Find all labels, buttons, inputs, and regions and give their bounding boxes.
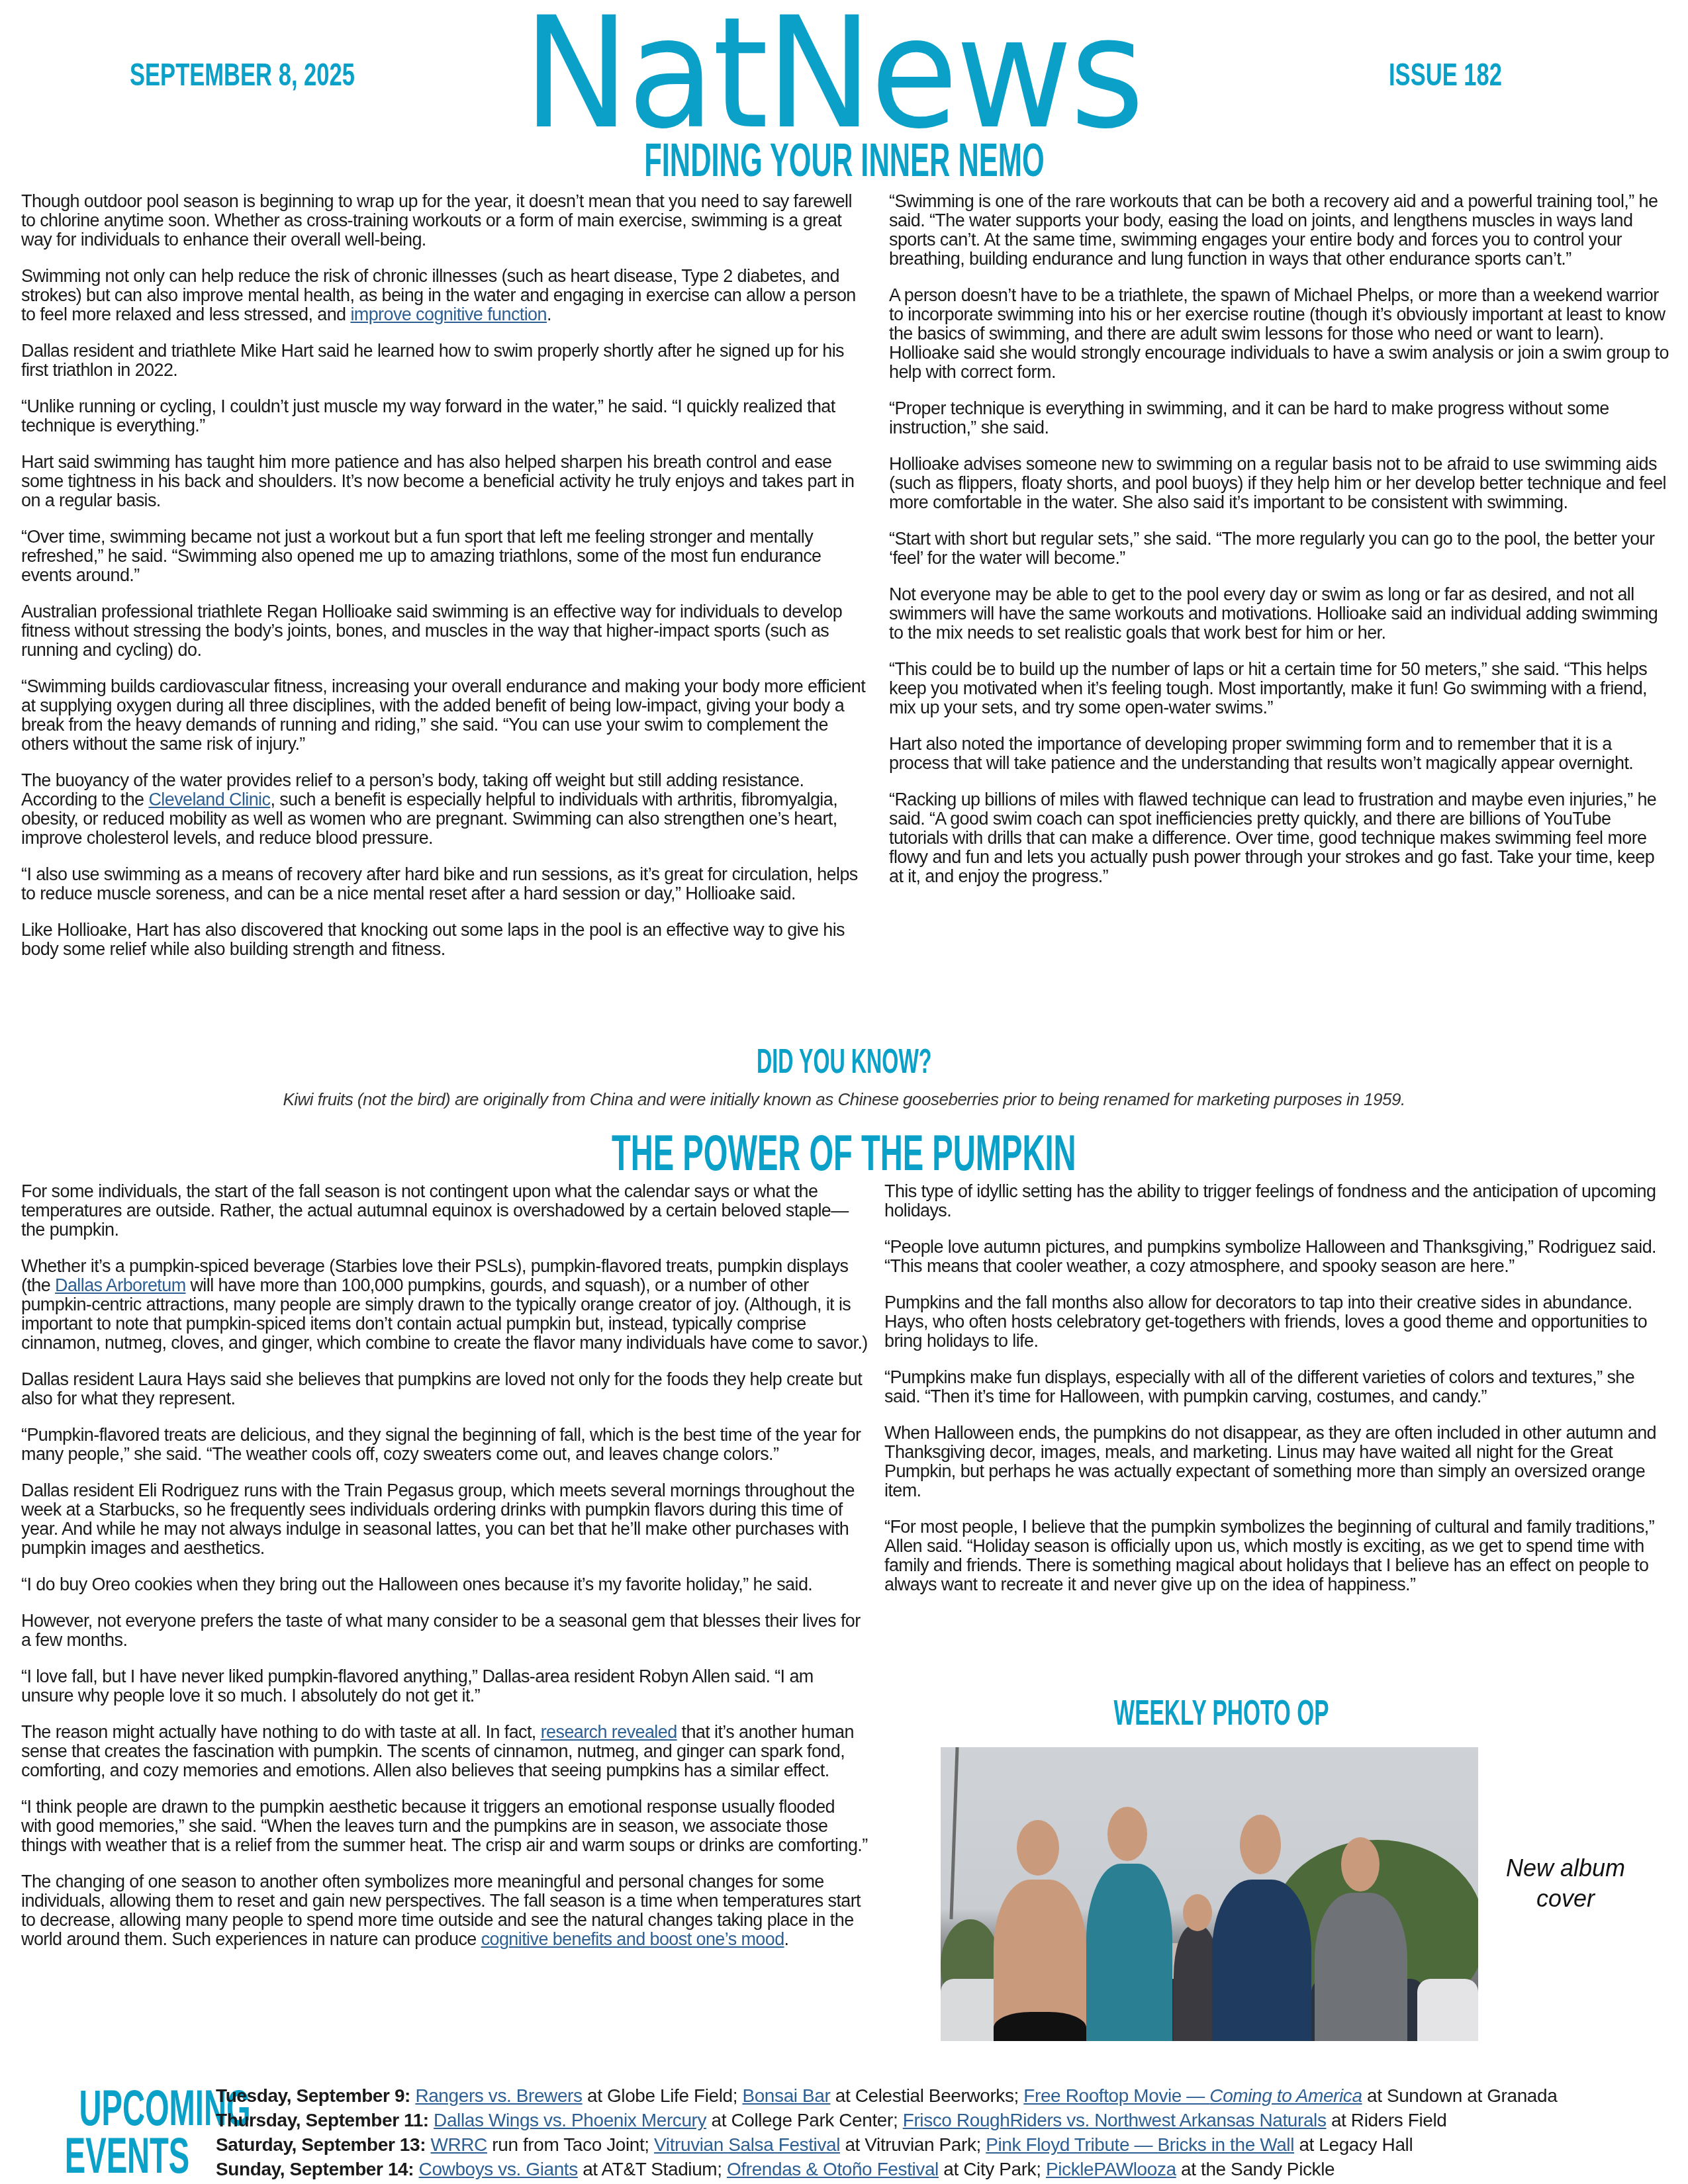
paragraph: “This could be to build up the number of… [889,660,1670,717]
article-headline-nemo: FINDING YOUR INNER NEMO [0,134,1688,187]
event-row: Sunday, September 14: Cowboys vs. Giants… [216,2157,1557,2181]
event-venue: run from Taco Joint; [487,2134,654,2155]
inline-link[interactable]: Cleveland Clinic [148,790,270,809]
paragraph: Pumpkins and the fall months also allow … [884,1293,1672,1351]
event-row: Saturday, September 13: WRRC run from Ta… [216,2132,1557,2157]
event-venue: at AT&T Stadium; [578,2159,727,2179]
paragraph: “Unlike running or cycling, I couldn’t j… [21,397,868,435]
event-venue: at Legacy Hall [1294,2134,1413,2155]
event-day: Saturday, September 13: [216,2134,430,2155]
article-headline-pumpkin: THE POWER OF THE PUMPKIN [0,1125,1688,1182]
paragraph: “Pumpkin-flavored treats are delicious, … [21,1426,868,1464]
event-day: Thursday, September 11: [216,2110,434,2130]
event-venue: at Vitruvian Park; [840,2134,986,2155]
event-day: Sunday, September 14: [216,2159,419,2179]
event-link[interactable]: Frisco RoughRiders vs. Northwest Arkansa… [903,2110,1327,2130]
photo-op-title: WEEKLY PHOTO OP [914,1692,1529,1734]
paragraph: “Swimming builds cardiovascular fitness,… [21,677,868,754]
event-day: Tuesday, September 9: [216,2085,415,2106]
event-link[interactable]: Bonsai Bar [742,2085,830,2106]
event-link[interactable]: Cowboys vs. Giants [419,2159,578,2179]
paragraph: “For most people, I believe that the pum… [884,1518,1672,1594]
event-row: Tuesday, September 9: Rangers vs. Brewer… [216,2083,1557,2108]
paragraph: Dallas resident and triathlete Mike Hart… [21,341,868,380]
newsletter-title: NatNews [523,4,1142,143]
did-you-know-title: DID YOU KNOW? [0,1040,1688,1083]
inline-link[interactable]: cognitive benefits and boost one’s mood [481,1929,784,1949]
paragraph: “Proper technique is everything in swimm… [889,399,1670,437]
article2-left-column: For some individuals, the start of the f… [21,1182,868,1966]
paragraph: Not everyone may be able to get to the p… [889,585,1670,643]
caption-line-2: cover [1489,1884,1642,1914]
weekly-photo [941,1747,1478,2041]
event-venue: at City Park; [939,2159,1046,2179]
paragraph: “I love fall, but I have never liked pum… [21,1667,868,1706]
event-link[interactable]: Ofrendas & Otoño Festival [727,2159,939,2179]
event-venue: at College Park Center; [706,2110,903,2130]
paragraph: “I think people are drawn to the pumpkin… [21,1797,868,1855]
photo-caption: New album cover [1489,1853,1642,1914]
paragraph: Though outdoor pool season is beginning … [21,192,868,250]
article1-left-column: Though outdoor pool season is beginning … [21,192,868,976]
paragraph: “People love autumn pictures, and pumpki… [884,1238,1672,1276]
paragraph: Hart said swimming has taught him more p… [21,453,868,510]
paragraph: For some individuals, the start of the f… [21,1182,868,1240]
paragraph: Dallas resident Laura Hays said she beli… [21,1370,868,1408]
paragraph: This type of idyllic setting has the abi… [884,1182,1672,1220]
paragraph: “I also use swimming as a means of recov… [21,865,868,903]
paragraph: “Over time, swimming became not just a w… [21,527,868,585]
event-link[interactable]: Rangers vs. Brewers [415,2085,582,2106]
caption-line-1: New album [1489,1853,1642,1884]
paragraph: Whether it’s a pumpkin-spiced beverage (… [21,1257,868,1353]
paragraph: The reason might actually have nothing t… [21,1723,868,1780]
paragraph: “Pumpkins make fun displays, especially … [884,1368,1672,1406]
masthead: SEPTEMBER 8, 2025 NatNews ISSUE 182 [0,0,1688,139]
paragraph: However, not everyone prefers the taste … [21,1612,868,1650]
issue-date: SEPTEMBER 8, 2025 [130,57,355,93]
paragraph: Hart also noted the importance of develo… [889,735,1670,773]
event-link[interactable]: Dallas Wings vs. Phoenix Mercury [434,2110,706,2130]
paragraph: “Racking up billions of miles with flawe… [889,790,1670,886]
event-row: Thursday, September 11: Dallas Wings vs.… [216,2108,1557,2132]
event-link[interactable]: Pink Floyd Tribute — Bricks in the Wall [986,2134,1294,2155]
paragraph: When Halloween ends, the pumpkins do not… [884,1424,1672,1500]
paragraph: “Swimming is one of the rare workouts th… [889,192,1670,269]
upcoming-events-list: Tuesday, September 9: Rangers vs. Brewer… [216,2083,1557,2181]
event-venue: at Riders Field [1327,2110,1447,2130]
event-venue: at Sundown at Granada [1362,2085,1558,2106]
event-venue: at Celestial Beerworks; [830,2085,1023,2106]
paragraph: Australian professional triathlete Regan… [21,602,868,660]
paragraph: Like Hollioake, Hart has also discovered… [21,921,868,959]
event-venue: at the Sandy Pickle [1176,2159,1335,2179]
inline-link[interactable]: improve cognitive function [350,304,547,324]
event-link[interactable]: PicklePAWlooza [1046,2159,1176,2179]
paragraph: The changing of one season to another of… [21,1872,868,1949]
event-link[interactable]: Vitruvian Salsa Festival [654,2134,840,2155]
paragraph: Dallas resident Eli Rodriguez runs with … [21,1481,868,1558]
paragraph: “Start with short but regular sets,” she… [889,529,1670,568]
event-link[interactable]: Free Rooftop Movie — Coming to America [1023,2085,1362,2106]
upcoming-events-title: UPCOMING EVENTS [26,2085,192,2180]
event-venue: at Globe Life Field; [583,2085,743,2106]
event-link[interactable]: WRRC [430,2134,487,2155]
paragraph: The buoyancy of the water provides relie… [21,771,868,848]
article2-right-column: This type of idyllic setting has the abi… [884,1182,1672,1612]
issue-number: ISSUE 182 [1389,57,1502,93]
paragraph: Swimming not only can help reduce the ri… [21,267,868,324]
paragraph: Hollioake advises someone new to swimmin… [889,455,1670,512]
article1-right-column: “Swimming is one of the rare workouts th… [889,192,1670,903]
inline-link[interactable]: Dallas Arboretum [55,1275,186,1295]
inline-link[interactable]: research revealed [541,1722,677,1742]
paragraph: A person doesn’t have to be a triathlete… [889,286,1670,382]
did-you-know-text: Kiwi fruits (not the bird) are originall… [0,1089,1688,1110]
paragraph: “I do buy Oreo cookies when they bring o… [21,1575,868,1594]
